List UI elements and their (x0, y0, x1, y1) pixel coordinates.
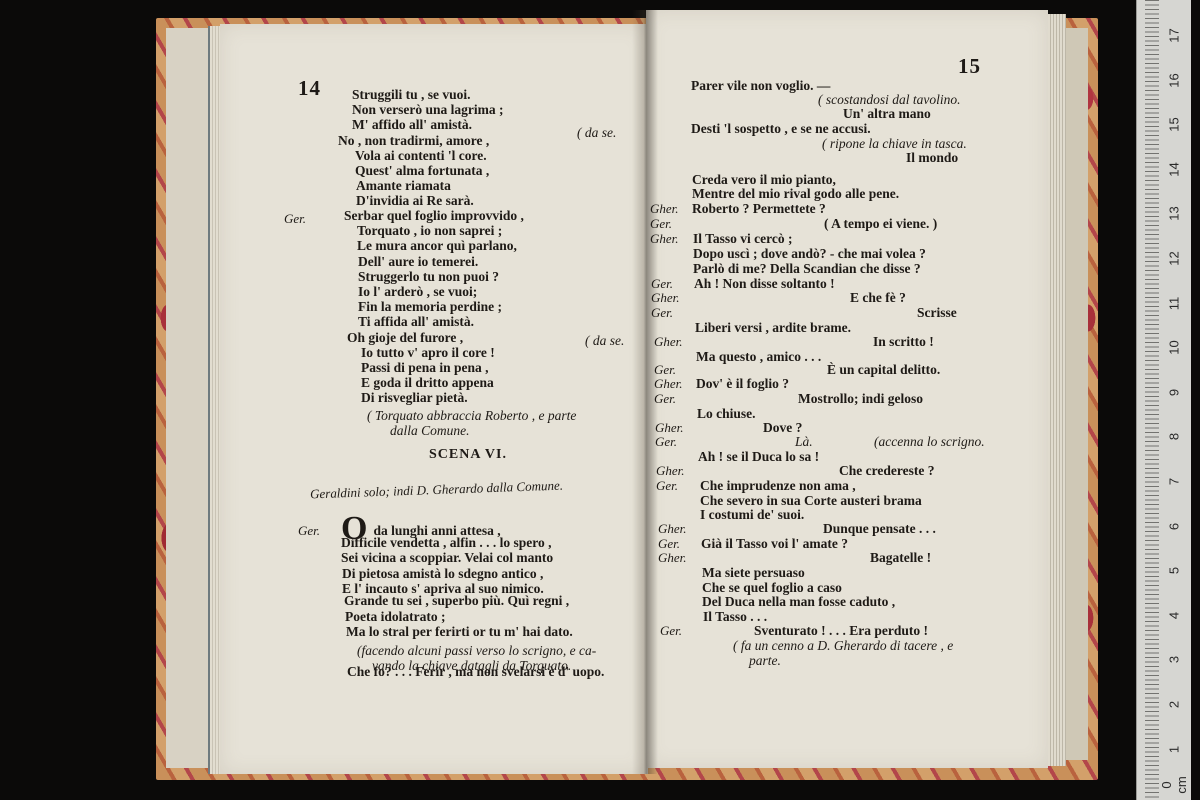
page-number-right: 15 (958, 54, 981, 79)
verse-line: Struggerlo tu non puoi ? (358, 269, 499, 284)
ruler-label: 14 (1167, 156, 1182, 182)
verse-line: I costumi de' suoi. (700, 507, 804, 522)
speaker-label: Gher. (656, 463, 685, 479)
ruler-label: 6 (1167, 513, 1182, 539)
ruler-label: 7 (1167, 469, 1182, 495)
verse-line: Ah ! se il Duca lo sa ! (698, 449, 819, 464)
speaker-label: Gher. (651, 290, 680, 306)
verse-line: Parlò di me? Della Scandian che disse ? (693, 261, 921, 276)
scene-title: SCENA VI. (429, 447, 507, 463)
ruler-label: 17 (1167, 23, 1182, 49)
verse-line: Ah ! Non disse soltanto ! (694, 276, 835, 291)
ruler-label: 4 (1167, 602, 1182, 628)
verse-line: E che fè ? (850, 290, 906, 305)
verse-line: Scrisse (917, 305, 957, 320)
verse-line: E goda il dritto appena (361, 375, 494, 390)
verse-line: Grande tu sei , superbo più. Quì regni , (344, 593, 569, 608)
verse-line: Mentre del mio rival godo alle pene. (692, 186, 899, 201)
stage-direction-line: (facendo alcuni passi verso lo scrigno, … (357, 643, 596, 658)
speaker-label: Ger. (654, 391, 676, 407)
verse-line: Torquato , io non saprei ; (357, 223, 502, 238)
verse-line: Di pietosa amistà lo sdegno antico , (342, 566, 543, 581)
verse-line: Che severo in sua Corte austeri brama (700, 493, 922, 508)
verse-line: (accenna lo scrigno. (874, 434, 985, 449)
verse-line: Un' altra mano (843, 106, 931, 121)
aside-direction: ( da se. (585, 333, 624, 348)
ruler-label: 2 (1167, 692, 1182, 718)
verse-line: Non verserò una lagrima ; (352, 102, 503, 117)
verse-line: ( A tempo ei viene. ) (824, 216, 937, 231)
verse-line: Di risvegliar pietà. (361, 390, 468, 405)
ruler-label: 9 (1167, 379, 1182, 405)
speaker-label: Ger. (650, 216, 672, 232)
ruler-label: 11 (1167, 290, 1182, 316)
verse-line: D'invidia ai Re sarà. (356, 193, 474, 208)
ruler-label: 3 (1167, 647, 1182, 673)
verse-line: Che imprudenze non ama , (700, 478, 856, 493)
verse-line: Desti 'l sospetto , e se ne accusi. (691, 121, 871, 136)
verse-line: Le mura ancor quì parlano, (357, 238, 517, 253)
speaker-label: Gher. (650, 201, 679, 217)
verse-line: Già il Tasso voi l' amate ? (701, 536, 848, 551)
endpaper-right (1066, 28, 1088, 760)
speaker-label: Gher. (650, 231, 679, 247)
verse-line: Il Tasso . . . (703, 609, 767, 624)
ruler-label: 12 (1167, 246, 1182, 272)
speaker-label: Ger. (298, 523, 320, 539)
verse-line: Creda vero il mio pianto, (692, 172, 836, 187)
speaker-label: Ger. (651, 305, 673, 321)
page-number-left: 14 (298, 76, 321, 101)
verse-line: Ma siete persuaso (702, 565, 805, 580)
aside-direction: ( da se. (577, 125, 616, 140)
ruler-label: 13 (1167, 201, 1182, 227)
stage-direction-line: ( Torquato abbraccia Roberto , e parte (367, 408, 576, 423)
verse-line: M' affido all' amistà. (352, 117, 472, 132)
stage-direction-line: dalla Comune. (390, 423, 470, 438)
verse-line: ( fa un cenno a D. Gherardo di tacere , … (733, 638, 953, 653)
verse-line: Bagatelle ! (870, 550, 931, 565)
stage-direction-line: vando la chiave datagli da Torquato. (372, 658, 571, 673)
verse-line: Quest' alma fortunata , (355, 163, 489, 178)
verse-line: Il mondo (906, 150, 958, 165)
verse-line: Roberto ? Permettete ? (692, 201, 826, 216)
verse-line: Vola ai contenti 'l core. (355, 148, 487, 163)
speaker-label: Ger. (655, 434, 677, 450)
speaker-label: Ger. (660, 623, 682, 639)
verse-line: ( ripone la chiave in tasca. (822, 136, 967, 151)
ruler-unit-label: 0 cm (1159, 772, 1189, 798)
speaker-label: Ger. (656, 478, 678, 494)
ruler-label: 5 (1167, 558, 1182, 584)
verse-line: Ma lo stral per ferirti or tu m' hai dat… (346, 624, 573, 639)
ruler-label: 1 (1167, 736, 1182, 762)
verse-line: Che se quel foglio a caso (702, 580, 842, 595)
verse-line: Difficile vendetta , alfin . . . lo sper… (341, 535, 551, 550)
speaker-label: Gher. (658, 550, 687, 566)
verse-line: Che credereste ? (839, 463, 934, 478)
verse-line: parte. (749, 653, 781, 668)
verse-line: Del Duca nella man fosse caduto , (702, 594, 895, 609)
verse-line: Poeta idolatrato ; (345, 609, 445, 624)
verse-line: Dov' è il foglio ? (696, 376, 789, 391)
verse-line: Fin la memoria perdine ; (358, 299, 502, 314)
verse-line: In scritto ! (873, 334, 934, 349)
verse-line: Io l' arderò , se vuoi; (358, 284, 477, 299)
verse-line: Dunque pensate . . . (823, 521, 936, 536)
verse-line: Il Tasso vi cercò ; (693, 231, 793, 246)
verse-line: Parer vile non voglio. — (691, 78, 830, 93)
ruler-label: 8 (1167, 424, 1182, 450)
speaker-label: Gher. (658, 521, 687, 537)
verse-line: No , non tradirmi, amore , (338, 133, 489, 148)
verse-line: Amante riamata (356, 178, 451, 193)
verse-line: Sei vicina a scoppiar. Velai col manto (341, 550, 553, 565)
verse-line: Là. (795, 434, 813, 449)
speaker-label: Gher. (654, 334, 683, 350)
verse-line: Mostrollo; indi geloso (798, 391, 923, 406)
ruler-label: 10 (1167, 335, 1182, 361)
verse-line: Passi di pena in pena , (361, 360, 489, 375)
verse-line: Dove ? (763, 420, 802, 435)
verse-line: Io tutto v' apro il core ! (361, 345, 495, 360)
ruler-label: 15 (1167, 112, 1182, 138)
verse-line: Dopo uscì ; dove andò? - che mai volea ? (693, 246, 926, 261)
verse-line: Serbar quel foglio improvvido , (344, 208, 524, 223)
verse-line: È un capital delitto. (827, 362, 940, 377)
page-stack-right (1048, 14, 1066, 766)
verse-line: Struggili tu , se vuoi. (352, 87, 471, 102)
verse-line: Sventurato ! . . . Era perduto ! (754, 623, 928, 638)
verse-line: ( scostandosi dal tavolino. (818, 92, 961, 107)
verse-line: Ti affida all' amistà. (358, 314, 474, 329)
verse-line: Ma questo , amico . . . (696, 349, 821, 364)
verse-line: Lo chiuse. (697, 406, 756, 421)
verse-line: Liberi versi , ardite brame. (695, 320, 851, 335)
speaker-label: Gher. (654, 376, 683, 392)
verse-line: Oh gioje del furore , (347, 330, 463, 345)
ruler-ticks (1145, 0, 1159, 800)
verse-line: Dell' aure io temerei. (358, 254, 478, 269)
ruler-label: 16 (1167, 67, 1182, 93)
speaker-label: Ger. (284, 211, 306, 227)
measurement-ruler: 1716151413121110987654321 0 cm (1136, 0, 1191, 800)
